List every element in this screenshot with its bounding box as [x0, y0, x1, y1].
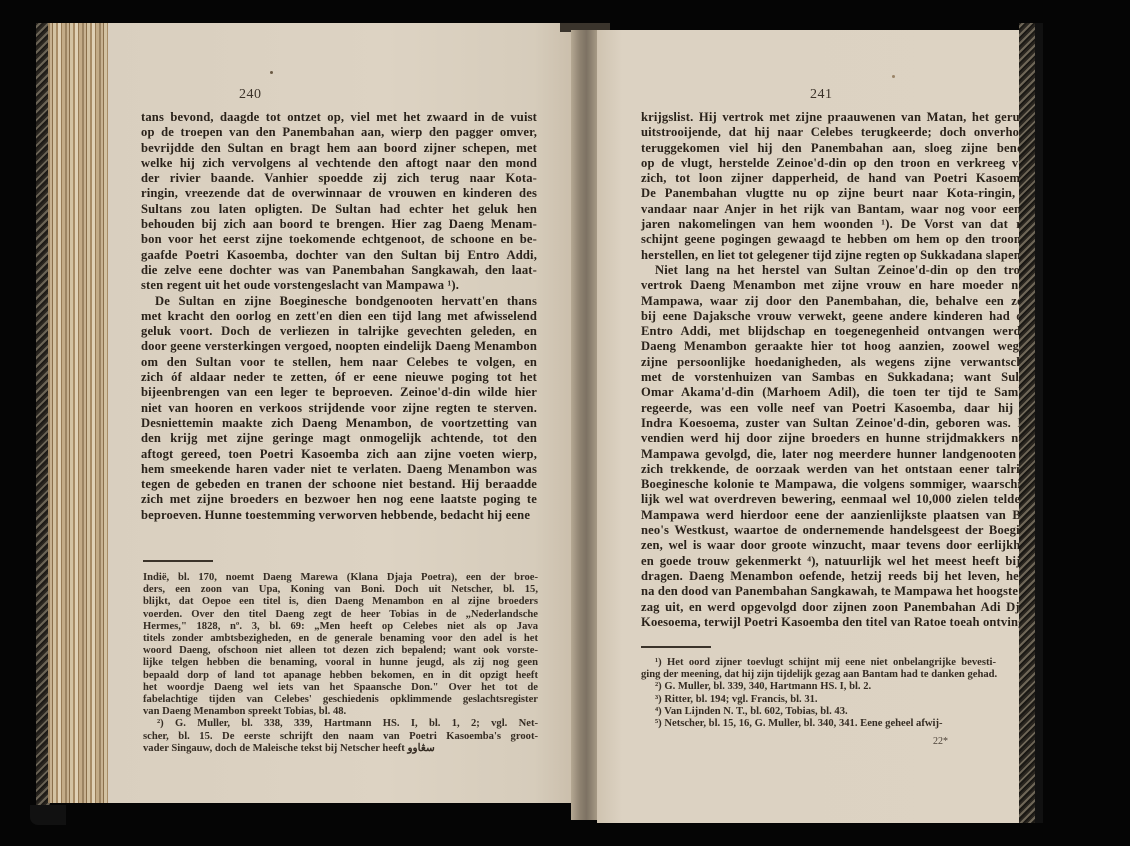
text-line: bepaald dorp of land tot apanage hebben … [143, 670, 538, 682]
text-line: van Daeng Menambon spreekt Tobias, bl. 4… [143, 706, 538, 718]
text-line: op de vlugt, herstelde Zeinoe'd-din op d… [641, 156, 1037, 171]
text-line: Indra Koesoema, zuster van Sultan Zeinoe… [641, 416, 1037, 431]
text-line: De Panembahan vlugtte nu op zijne beurt … [641, 186, 1037, 201]
text-line: welke hij zich vervolgens al vechtende d… [141, 156, 537, 171]
text-line: zag uit, en werd opgevolgd door zijnen z… [641, 600, 1037, 615]
text-line: beproeven. Hunne toestemming verworven h… [141, 508, 537, 523]
text-line: Mampawa werd hierdoor eene der aanzienli… [641, 508, 1037, 523]
text-line: gaafde Poetri Kasoemba, dochter van den … [141, 248, 537, 263]
text-line: en goede trouw gekenmerkt ⁴), natuurlijk… [641, 554, 1037, 569]
text-line: met de vorstenhuizen van Sambas en Sukka… [641, 370, 1037, 385]
text-line: ⁴) Van Lijnden N. T., bl. 602, Tobias, b… [641, 706, 996, 718]
text-line: ders, een zoon van Upa, Koning van Boni.… [143, 584, 538, 596]
text-line: Mampawa, waar zij door den Panembahan, d… [641, 294, 1037, 309]
text-line: Sultans zou laten opligten. De Sultan ha… [141, 202, 537, 217]
text-line: zijne persoonlijke hoedanigheden, als we… [641, 355, 1037, 370]
open-book: 240 tans bevond, daagde tot ontzet op, v… [0, 0, 1130, 846]
text-line: Koesoema, terwijl Poetri Kasoemba den ti… [641, 615, 1037, 630]
text-line: ging der meening, dat hij zijn tijdelijk… [641, 669, 996, 681]
text-line: Niet lang na het herstel van Sultan Zein… [641, 263, 1037, 278]
text-line: titels zonder ambtsbezigheden, en de gen… [143, 633, 538, 645]
text-line: herstellen, en liet tot gelegener tijd z… [641, 248, 1037, 263]
text-line: ³) Ritter, bl. 194; vgl. Francis, bl. 31… [641, 694, 996, 706]
page-number-right: 241 [810, 87, 833, 103]
right-footnotes: ¹) Het oord zijner toevlugt schijnt mij … [641, 657, 996, 730]
text-line: Daeng Menambon geraakte hier tot hoog aa… [641, 339, 1037, 354]
text-line: Omar Akama'd-din (Marhoem Adil), die toe… [641, 385, 1037, 400]
text-line: schijnt geene pogingen gewaagd te hebben… [641, 232, 1037, 247]
text-line: niet van hooren en verkoos strijdende vo… [141, 401, 537, 416]
page-number-left: 240 [239, 87, 262, 103]
text-line: woord Daeng, ofschoon niet alleen tot de… [143, 645, 538, 657]
text-line: zen, wel is waar door groote winzucht, m… [641, 538, 1037, 553]
text-line: door geene versterkingen vergoed, noopte… [141, 339, 537, 354]
text-line: op de troepen van den Panembahan aan, wi… [141, 125, 537, 140]
left-body-text: tans bevond, daagde tot ontzet op, viel … [141, 110, 537, 523]
page-edges-stack [48, 23, 108, 803]
paper-speck [892, 75, 895, 78]
text-line: na den dood van Panembahan Sangkawah, te… [641, 584, 1037, 599]
text-line: Entro Addi, met blijdschap en toegenegen… [641, 324, 1037, 339]
left-footnotes: Indië, bl. 170, noemt Daeng Marewa (Klan… [143, 572, 538, 755]
text-line: ⁵) Netscher, bl. 15, 16, G. Muller, bl. … [641, 718, 996, 730]
text-line: voerden. Over den titel Daeng zegt de he… [143, 609, 538, 621]
text-line: zich trekkende, de oorzaak werden van he… [641, 462, 1037, 477]
book-gutter [571, 30, 597, 820]
text-line: zich óf aldaar neder te zetten, óf er ee… [141, 370, 537, 385]
text-line: vader Singauw, doch de Maleische tekst b… [143, 743, 538, 755]
text-line: den krijg met zijne geringe magt onmogel… [141, 431, 537, 446]
text-line: vandaar naar Anjer in het rijk van Banta… [641, 202, 1037, 217]
text-line: De Sultan en zijne Boeginesche bondgenoo… [141, 294, 537, 309]
text-line: der rivier baande. Vanhier spoedde zij z… [141, 171, 537, 186]
footnote-rule [641, 646, 711, 648]
text-line: fabelachtige tijden van Celebes' geschie… [143, 694, 538, 706]
right-body-text: krijgslist. Hij vertrok met zijne praauw… [641, 110, 1037, 630]
text-line: Mampawa gevolgd, die, later nog meerdere… [641, 447, 1037, 462]
text-line: regeerde, was een volle neef van Poetri … [641, 401, 1037, 416]
text-line: hem smeekende haren vader niet te verlat… [141, 462, 537, 477]
text-line: Desniettemin maakte zich Daeng Menambon,… [141, 416, 537, 431]
text-line: het woordje Daeng wel iets van het Spaan… [143, 682, 538, 694]
text-line: dragen. Daeng Menambon oefende, hetzij r… [641, 569, 1037, 584]
text-line: ringin, vreezende dat de overwinnaar de … [141, 186, 537, 201]
text-line: met kracht den oorlog en zett'en dien ee… [141, 309, 537, 324]
text-line: zich, tot loon zijner dapperheid, de han… [641, 171, 1037, 186]
text-line: ¹) Het oord zijner toevlugt schijnt mij … [641, 657, 996, 669]
text-line: zich met zijne broeders en bezwoer hen n… [141, 492, 537, 507]
book-cover-right-edge [1019, 23, 1035, 823]
book-cover-corner [30, 805, 66, 825]
text-line: die zelve eene dochter was van Panembaha… [141, 263, 537, 278]
text-line: Boeginesche kolonie te Mampawa, die volg… [641, 477, 1037, 492]
text-line: behouden bij zich aan boord te brengen. … [141, 217, 537, 232]
text-line: scher, bl. 15. De eerste schrijft den na… [143, 731, 538, 743]
text-line: blijkt, dat Oepoe een titel is, dien Dae… [143, 596, 538, 608]
text-line: krijgslist. Hij vertrok met zijne praauw… [641, 110, 1037, 125]
text-line: Indië, bl. 170, noemt Daeng Marewa (Klan… [143, 572, 538, 584]
text-line: uitstrooijende, dat hij naar Celebes ter… [641, 125, 1037, 140]
text-line: vertrok Daeng Menambon met zijne vrouw e… [641, 278, 1037, 293]
text-line: Hermes," 1828, nº. 3, bl. 69: „Men heeft… [143, 621, 538, 633]
text-line: ²) G. Muller, bl. 339, 340, Hartmann HS.… [641, 681, 996, 693]
paper-speck [270, 71, 273, 74]
text-line: jaren nakomelingen van hem woonden ¹). D… [641, 217, 1037, 232]
text-line: lijke telgen hebben die benaming, vooral… [143, 657, 538, 669]
footnote-rule [143, 560, 213, 562]
book-cover-back [1035, 23, 1043, 823]
text-line: bon voor het eerst zijne toekomende echt… [141, 232, 537, 247]
text-line: vendien werd hij door zijne broeders en … [641, 431, 1037, 446]
left-page: 240 tans bevond, daagde tot ontzet op, v… [108, 23, 571, 803]
right-page: 241 krijgslist. Hij vertrok met zijne pr… [597, 30, 1019, 823]
text-line: om den Sultan voor te stellen, hem naar … [141, 355, 537, 370]
text-line: lijk wel wat overdreven bewering, eenmaa… [641, 492, 1037, 507]
text-line: neo's Westkust, waartoe de ondernemende … [641, 523, 1037, 538]
text-line: aftogt gereed, toen Poetri Kasoemba zich… [141, 447, 537, 462]
text-line: ²) G. Muller, bl. 338, 339, Hartmann HS.… [143, 718, 538, 730]
signature-mark: 22* [933, 736, 948, 747]
text-line: bevrijdde den Sultan en bragt hem aan bo… [141, 141, 537, 156]
text-line: bijeenbrengen van een leger te beproeven… [141, 385, 537, 400]
text-line: tegen de gebeden en tranen der schoone n… [141, 477, 537, 492]
text-line: tans bevond, daagde tot ontzet op, viel … [141, 110, 537, 125]
text-line: sten regent uit het oude vorstengeslacht… [141, 278, 537, 293]
text-line: teruggekomen viel hij den Panembahan aan… [641, 141, 1037, 156]
text-line: geluk voort. Doch de verliezen in talrij… [141, 324, 537, 339]
text-line: bij eene Dajaksche vrouw verwekt, geene … [641, 309, 1037, 324]
